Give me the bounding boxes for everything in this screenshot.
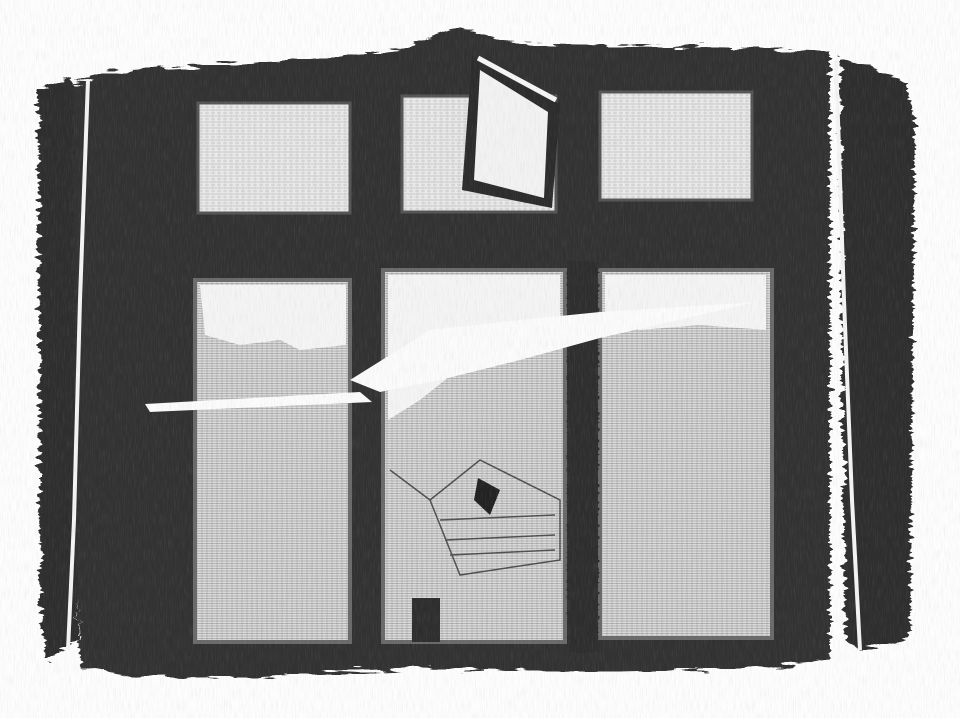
window-drawing (0, 0, 960, 718)
